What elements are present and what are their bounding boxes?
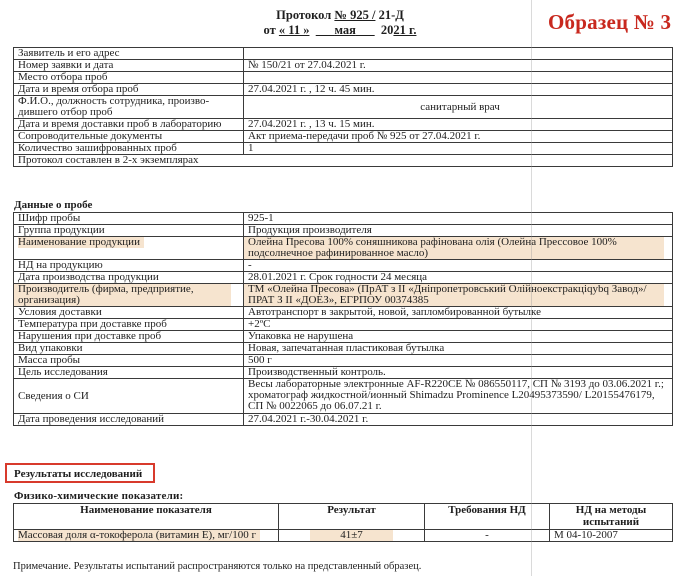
table-row: Нарушения при доставке пробУпаковка не н… <box>14 331 673 343</box>
row-label: Цель исследования <box>14 367 244 379</box>
row-label: Группа продукции <box>14 225 244 237</box>
row-value: Олейна Пресова 100% соняшникова рафінова… <box>244 237 673 260</box>
row-value: 28.01.2021 г. Срок годности 24 месяца <box>244 272 673 284</box>
row-value: Упаковка не нарушена <box>244 331 673 343</box>
results-table: Наименование показателя Результат Требов… <box>13 503 673 542</box>
row-label: Количество зашифрованных проб <box>14 143 244 155</box>
table-row: Сопроводительные документыАкт приема-пер… <box>14 131 673 143</box>
document-header: Протокол № 925 / 21-Д от « 11 » мая 2021… <box>0 6 680 44</box>
date-year-prefix: 20 <box>381 23 394 37</box>
row-label: Дата и время отбора проб <box>14 84 244 96</box>
requirement-cell: - <box>425 530 550 542</box>
general-info-table: Заявитель и его адрес Номер заявки и дат… <box>13 47 673 167</box>
table-row: Сведения о СИВесы лабораторные электронн… <box>14 379 673 414</box>
table-row: Производитель (фирма, предприятие, орган… <box>14 284 673 307</box>
method-cell: М 04-10-2007 <box>550 530 673 542</box>
row-value: 27.04.2021 г.-30.04.2021 г. <box>244 414 673 426</box>
row-label: Номер заявки и дата <box>14 60 244 72</box>
date-year-suffix: 21 г. <box>393 23 416 37</box>
row-label: Наименование продукции <box>14 237 244 260</box>
results-header-row: Наименование показателя Результат Требов… <box>14 504 673 530</box>
highlighted-value: Олейна Пресова 100% соняшникова рафінова… <box>244 237 664 259</box>
table-row: Дата производства продукции28.01.2021 г.… <box>14 272 673 284</box>
table-row: Массовая доля α-токоферола (витамин Е), … <box>14 530 673 542</box>
protocol-date: от « 11 » мая 2021 г. <box>230 23 450 38</box>
protocol-title: Протокол № 925 / 21-Д <box>230 8 450 23</box>
row-value: 27.04.2021 г. , 13 ч. 15 мин. <box>244 119 673 131</box>
column-header-method: НД на методы испытаний <box>550 504 673 530</box>
table-row: Протокол составлен в 2-х экземплярах <box>14 155 673 167</box>
indicator-name: Массовая доля α-токоферола (витамин Е), … <box>18 530 260 541</box>
row-label: Производитель (фирма, предприятие, орган… <box>14 284 244 307</box>
row-value: санитарный врач <box>244 96 673 119</box>
table-row: Группа продукцииПродукция производителя <box>14 225 673 237</box>
row-label: Температура при доставке проб <box>14 319 244 331</box>
table-row: Масса пробы500 г <box>14 355 673 367</box>
table-row: Вид упаковкиНовая, запечатанная пластико… <box>14 343 673 355</box>
physchem-title: Физико-химические показатели: <box>14 490 183 502</box>
row-label: Сопроводительные документы <box>14 131 244 143</box>
highlighted-label: Производитель (фирма, предприятие, орган… <box>14 284 231 306</box>
protocol-copies-note: Протокол составлен в 2-х экземплярах <box>14 155 673 167</box>
table-row: Цель исследованияПроизводственный контро… <box>14 367 673 379</box>
row-value: Новая, запечатанная пластиковая бутылка <box>244 343 673 355</box>
table-row: Дата проведения исследований27.04.2021 г… <box>14 414 673 426</box>
row-value: ТМ «Олейна Пресова» (ПрАТ з II «Дніпропе… <box>244 284 673 307</box>
row-value: Весы лабораторные электронные AF-R220CE … <box>244 379 673 414</box>
row-label: Место отбора проб <box>14 72 244 84</box>
row-value: 27.04.2021 г. , 12 ч. 45 мин. <box>244 84 673 96</box>
protocol-number: № 925 / <box>334 8 375 22</box>
row-label: Условия доставки <box>14 307 244 319</box>
table-row: Дата и время отбора проб27.04.2021 г. , … <box>14 84 673 96</box>
highlighted-value: ТМ «Олейна Пресова» (ПрАТ з II «Дніпропе… <box>244 284 664 306</box>
row-value: 925-1 <box>244 213 673 225</box>
row-value: +2ºC <box>244 319 673 331</box>
row-label: Нарушения при доставке проб <box>14 331 244 343</box>
row-value: - <box>244 260 673 272</box>
highlighted-label: Наименование продукции <box>18 237 144 248</box>
table-row: Дата и время доставки проб в лабораторию… <box>14 119 673 131</box>
table-row: Место отбора проб <box>14 72 673 84</box>
column-header-requirement: Требования НД <box>425 504 550 530</box>
results-note: Примечание. Результаты испытаний распрос… <box>13 561 421 572</box>
table-row: Количество зашифрованных проб1 <box>14 143 673 155</box>
table-row: Номер заявки и дата№ 150/21 от 27.04.202… <box>14 60 673 72</box>
date-month: мая <box>316 23 375 37</box>
sample-badge: Образец № 3 <box>548 10 671 35</box>
column-header-result: Результат <box>279 504 425 530</box>
row-label: Сведения о СИ <box>14 379 244 414</box>
date-day: « 11 » <box>279 23 310 37</box>
row-label: Шифр пробы <box>14 213 244 225</box>
table-row: Шифр пробы925-1 <box>14 213 673 225</box>
row-label: НД на продукцию <box>14 260 244 272</box>
date-prefix: от <box>264 23 276 37</box>
table-row: Ф.И.О., должность сотрудника, произво-ди… <box>14 96 673 119</box>
result-value: 41±7 <box>310 530 393 541</box>
sample-data-title: Данные о пробе <box>14 199 92 211</box>
row-label: Масса пробы <box>14 355 244 367</box>
indicator-cell: Массовая доля α-токоферола (витамин Е), … <box>14 530 279 542</box>
results-section-title-box: Результаты исследований <box>5 463 155 483</box>
row-label: Вид упаковки <box>14 343 244 355</box>
sample-data-table: Шифр пробы925-1 Группа продукцииПродукци… <box>13 212 673 426</box>
row-label: Ф.И.О., должность сотрудника, произво-ди… <box>14 96 244 119</box>
row-label: Дата производства продукции <box>14 272 244 284</box>
row-value: 500 г <box>244 355 673 367</box>
row-value: Производственный контроль. <box>244 367 673 379</box>
protocol-suffix: 21-Д <box>379 8 404 22</box>
row-label: Дата проведения исследований <box>14 414 244 426</box>
results-section-title: Результаты исследований <box>14 468 142 480</box>
row-value: № 150/21 от 27.04.2021 г. <box>244 60 673 72</box>
result-cell: 41±7 <box>279 530 425 542</box>
row-label: Дата и время доставки проб в лабораторию <box>14 119 244 131</box>
row-value: Акт приема-передачи проб № 925 от 27.04.… <box>244 131 673 143</box>
row-label: Заявитель и его адрес <box>14 48 244 60</box>
table-row: Заявитель и его адрес <box>14 48 673 60</box>
row-value <box>244 72 673 84</box>
column-header-indicator: Наименование показателя <box>14 504 279 530</box>
row-value <box>244 48 673 60</box>
table-row: Условия доставкиАвтотранспорт в закрытой… <box>14 307 673 319</box>
row-value: Продукция производителя <box>244 225 673 237</box>
row-value: Автотранспорт в закрытой, новой, запломб… <box>244 307 673 319</box>
table-row: Наименование продукции Олейна Пресова 10… <box>14 237 673 260</box>
table-row: Температура при доставке проб+2ºC <box>14 319 673 331</box>
protocol-label: Протокол <box>276 8 331 22</box>
row-value: 1 <box>244 143 673 155</box>
table-row: НД на продукцию- <box>14 260 673 272</box>
